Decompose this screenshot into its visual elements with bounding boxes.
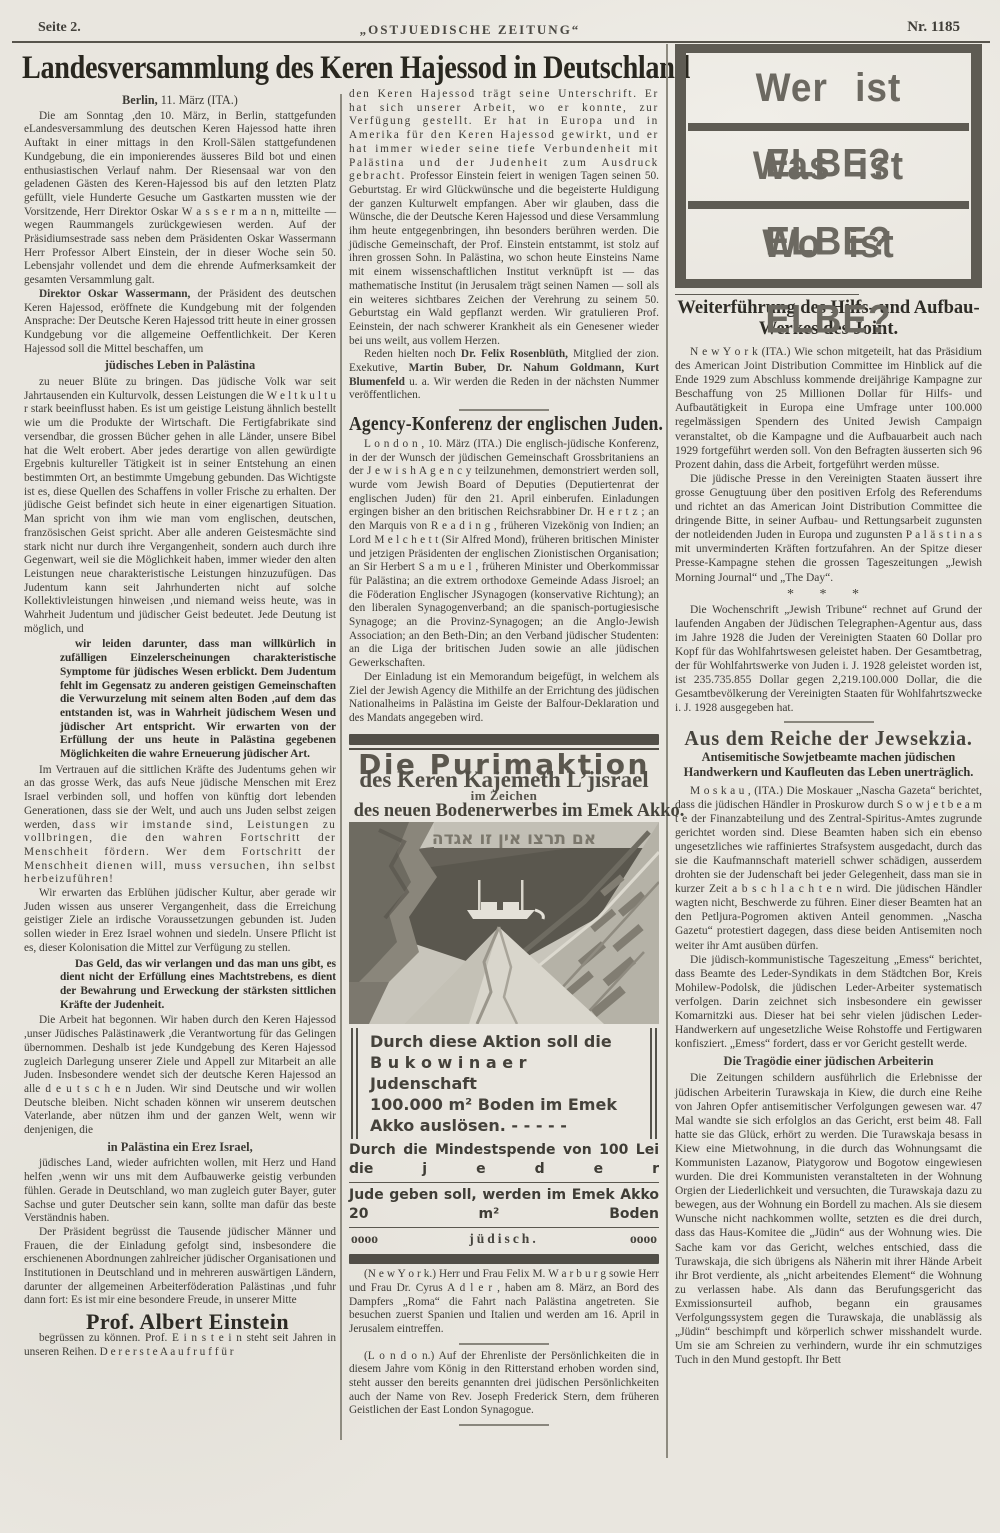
subheadline-line: Handwerkern und Kaufleuten das Leben une…	[675, 765, 982, 780]
spaced-emphasis: den Keren Hajessod trägt seine Unterschr…	[349, 88, 659, 182]
paragraph: zu neuer Blüte zu bringen. Das jüdische …	[24, 376, 336, 636]
lead-headline: Landesversammlung des Keren Hajessod in …	[22, 50, 655, 87]
emphasized-passage: wir leiden darunter, dass man willkürlic…	[60, 638, 336, 761]
ornament-right: oooo	[630, 1232, 657, 1246]
dateline-rest: 11. März (ITA.)	[158, 93, 238, 107]
lead-article-column-1: Berlin, 11. März (ITA.) Die am Sonntag ,…	[24, 94, 336, 1359]
elbe-advertisement: Wer ist ELBE? Was ist ELBE? Wo ist ELBE?	[675, 44, 982, 288]
header-rule	[12, 41, 990, 43]
jewsekzia-subheadline: Antisemitische Sowjetbeamte machen jüdis…	[675, 750, 982, 780]
purim-ad-subtitle: des Keren Kajemeth L’jisrael	[349, 773, 659, 787]
paragraph: N e w Y o r k (ITA.) Wie schon mitgeteil…	[675, 345, 982, 472]
dateline-place: Berlin,	[122, 93, 158, 107]
paragraph: Wir erwarten das Erblühen jüdischer Kult…	[24, 887, 336, 956]
pledge-line: Akko auslösen. - - - - -	[370, 1115, 638, 1136]
news-item-new-york: (N e w Y o r k.) Herr und Frau Felix M. …	[349, 1268, 659, 1337]
right-column: Wer ist ELBE? Was ist ELBE? Wo ist ELBE?…	[675, 44, 982, 1367]
elbe-ad-line: Wo ist ELBE?	[686, 206, 971, 282]
elbe-ad-line: Was ist ELBE?	[686, 128, 971, 204]
bold-name: Dr. Felix Rosenblüth,	[461, 348, 568, 360]
section-divider	[459, 1424, 549, 1426]
masthead: „OSTJUEDISCHE ZEITUNG“	[0, 22, 940, 38]
paragraph: Der Präsident begrüsst die Tausende jüdi…	[24, 1226, 336, 1308]
asterism-divider: * * *	[675, 588, 982, 602]
paragraph: L o n d o n , 10. März (ITA.) Die englis…	[349, 438, 659, 671]
paragraph: Im Vertrauen auf die sittlichen Kräfte d…	[24, 764, 336, 887]
paragraph: Die Zeitungen schildern ausführlich die …	[675, 1071, 982, 1367]
paragraph: Die jüdisch-kommunistische Tageszeitung …	[675, 953, 982, 1052]
column-rule	[340, 94, 342, 1440]
issue-number-label: Nr. 1185	[907, 19, 960, 36]
inline-heading-einstein: Prof. Albert Einstein	[24, 1315, 336, 1329]
dateline: Berlin, 11. März (ITA.)	[24, 94, 336, 108]
thin-rule	[349, 1227, 659, 1228]
paragraph-lead: Direktor Oskar Wassermann,	[39, 288, 190, 300]
crosshead: jüdisches Leben in Palästina	[24, 359, 336, 373]
ornament-left: oooo	[351, 1232, 378, 1246]
paragraph: Die jüdische Presse in den Vereinigten S…	[675, 472, 982, 585]
paragraph: den Keren Hajessod trägt seine Unterschr…	[349, 88, 659, 348]
judisch-label: jüdisch.	[469, 1232, 538, 1246]
heavy-rule	[349, 1254, 659, 1264]
section-divider	[459, 1343, 549, 1345]
paragraph: Die am Sonntag ,den 10. März, in Berlin,…	[24, 110, 336, 288]
paragraph: M o s k a u , (ITA.) Die Moskauer „Nasch…	[675, 784, 982, 953]
paragraph: Reden hielten noch Dr. Felix Rosenblüth,…	[349, 348, 659, 403]
paragraph: Direktor Oskar Wassermann, der Präsident…	[24, 288, 336, 357]
donation-line: Jude geben soll, werden im Emek Akko 20 …	[349, 1184, 659, 1226]
emphasized-passage: Das Geld, das wir verlangen und das man …	[60, 958, 336, 1013]
jewsekzia-article-headline: Aus dem Reiche der Jewsekzia.	[683, 731, 975, 745]
paragraph: Der Einladung ist ein Memorandum beigefü…	[349, 671, 659, 726]
paragraph-rest: Professor Einstein feiert in wenigen Tag…	[349, 170, 659, 346]
pledge-line: Durch diese Aktion soll die	[370, 1031, 638, 1052]
crosshead: in Palästina ein Erez Israel,	[24, 1141, 336, 1155]
newspaper-page: Seite 2. „OSTJUEDISCHE ZEITUNG“ Nr. 1185…	[0, 0, 1000, 1533]
pledge-line: B u k o w i n a e r Judenschaft	[370, 1052, 638, 1094]
column-rule	[666, 44, 668, 1458]
hebrew-motto: אם תרצו אין זו אגדה	[432, 829, 596, 849]
paragraph-start: Reden hielten noch	[364, 348, 461, 360]
section-divider	[459, 409, 549, 411]
paragraph: jüdisches Land, wieder aufrichten wollen…	[24, 1157, 336, 1226]
crosshead-tragoedie: Die Tragödie einer jüdischen Arbeiterin	[675, 1054, 982, 1068]
agency-article-headline: Agency-Konferenz der englischen Juden.	[349, 418, 622, 432]
elbe-ad-line: Wer ist ELBE?	[686, 50, 971, 126]
donation-line: Durch die Mindestspende von 100 Lei die …	[349, 1139, 659, 1181]
paragraph: Die Wochenschrift „Jewish Tribune“ rechn…	[675, 603, 982, 716]
pledge-line: 100.000 m² Boden im Emek	[370, 1094, 638, 1115]
thin-rule	[349, 1182, 659, 1183]
middle-column: den Keren Hajessod trägt seine Unterschr…	[349, 88, 659, 1431]
heavy-rule	[349, 734, 659, 745]
purim-ad-subtitle-2: des neuen Bodenerwerbes im Emek Akko.	[354, 804, 655, 818]
emek-akko-illustration: אם תרצו אין זו אגדה	[349, 822, 659, 1024]
judisch-row: oooo jüdisch. oooo	[349, 1229, 659, 1248]
paragraph: Die Arbeit hat begonnen. Wir haben durch…	[24, 1014, 336, 1137]
news-item-london: (L o n d o n.) Auf der Ehrenliste der Pe…	[349, 1350, 659, 1419]
paragraph: begrüssen zu können. Prof. E i n s t e i…	[24, 1332, 336, 1359]
bukowina-pledge-box: Durch diese Aktion soll die B u k o w i …	[351, 1028, 657, 1139]
section-divider	[784, 721, 874, 723]
subheadline-line: Antisemitische Sowjetbeamte machen jüdis…	[675, 750, 982, 765]
